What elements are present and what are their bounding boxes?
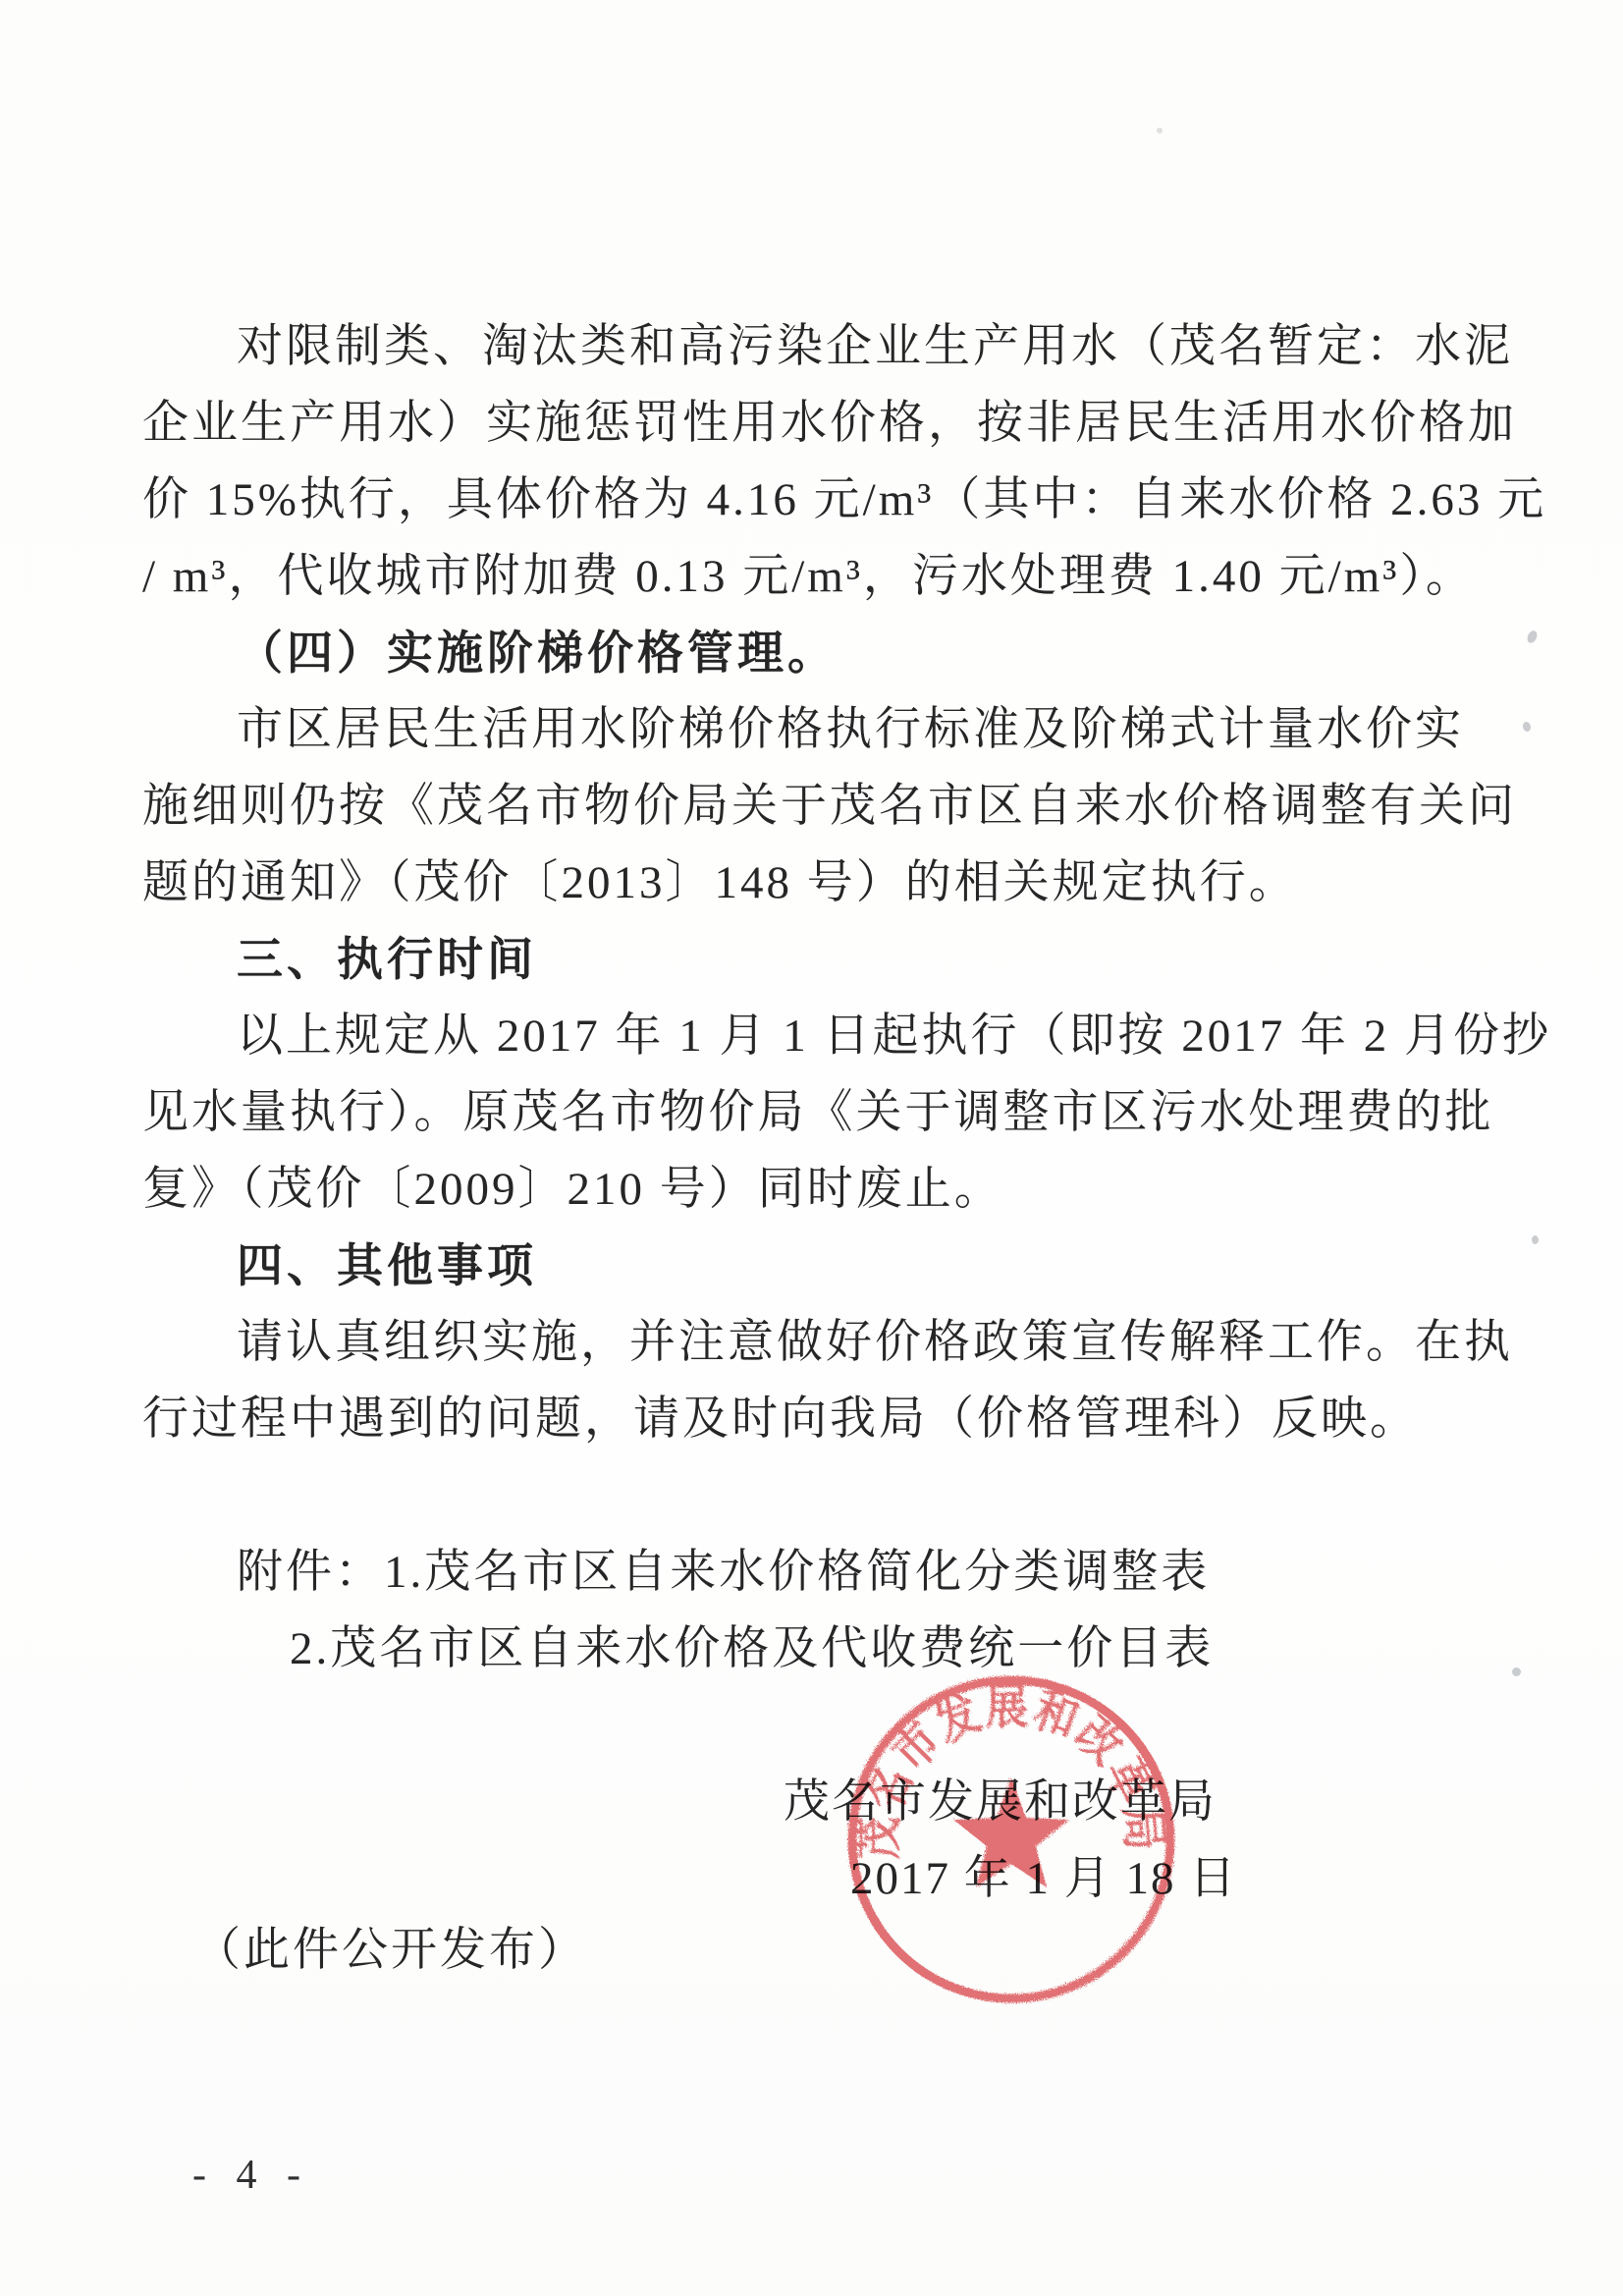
body-line: 市区居民生活用水阶梯价格执行标准及阶梯式计量水价实: [142, 691, 1443, 768]
body-line: 以上规定从 2017 年 1 月 1 日起执行（即按 2017 年 2 月份抄: [142, 998, 1443, 1074]
body-line: 请认真组织实施，并注意做好价格政策宣传解释工作。在执: [142, 1304, 1443, 1381]
seal-ring: [852, 1680, 1170, 1998]
body-line: 复》（茂价〔2009〕210 号）同时废止。: [142, 1151, 1443, 1228]
publish-note: （此件公开发布）: [194, 1925, 587, 1976]
body-line: 施细则仍按《茂名市物价局关于茂名市区自来水价格调整有关问: [142, 768, 1443, 845]
issue-date: 2017 年 1 月 18 日: [850, 1854, 1237, 1903]
scan-speck: [1522, 721, 1532, 733]
issuer-name: 茂名市发展和改革局: [784, 1777, 1217, 1827]
scan-speck: [1157, 128, 1163, 134]
scan-speck: [1512, 1667, 1521, 1676]
section-heading-4: （四）实施阶梯价格管理。: [142, 615, 1443, 691]
body-line: / m³，代收城市附加费 0.13 元/m³，污水处理费 1.40 元/m³）。: [142, 538, 1443, 615]
scan-speck: [1526, 629, 1540, 645]
body-line: 题的通知》（茂价〔2013〕148 号）的相关规定执行。: [142, 845, 1443, 921]
body-line: 见水量执行）。原茂名市物价局《关于调整市区污水处理费的批: [142, 1074, 1443, 1151]
section-heading-3: 三、执行时间: [142, 921, 1443, 998]
attachments-line-1: 附件：1.茂名市区自来水价格简化分类调整表: [142, 1534, 1443, 1611]
body-line: 企业生产用水）实施惩罚性用水价格，按非居民生活用水价格加: [142, 385, 1443, 462]
body-line: 行过程中遇到的问题，请及时向我局（价格管理科）反映。: [142, 1381, 1443, 1457]
seal-arc-text: 茂名市发展和改革局: [851, 1678, 1173, 1859]
attachments-line-2: 2.茂名市区自来水价格及代收费统一价目表: [142, 1611, 1443, 1687]
page-number: - 4 -: [192, 2153, 310, 2198]
document-body: 对限制类、淘汰类和高污染企业生产用水（茂名暂定：水泥 企业生产用水）实施惩罚性用…: [142, 308, 1443, 1687]
scanned-document-page: 对限制类、淘汰类和高污染企业生产用水（茂名暂定：水泥 企业生产用水）实施惩罚性用…: [0, 0, 1623, 2296]
body-line: 价 15%执行，具体价格为 4.16 元/m³（其中：自来水价格 2.63 元: [142, 462, 1443, 538]
section-heading-other: 四、其他事项: [142, 1228, 1443, 1304]
body-line: 对限制类、淘汰类和高污染企业生产用水（茂名暂定：水泥: [142, 308, 1443, 385]
scan-speck: [1532, 1235, 1539, 1244]
